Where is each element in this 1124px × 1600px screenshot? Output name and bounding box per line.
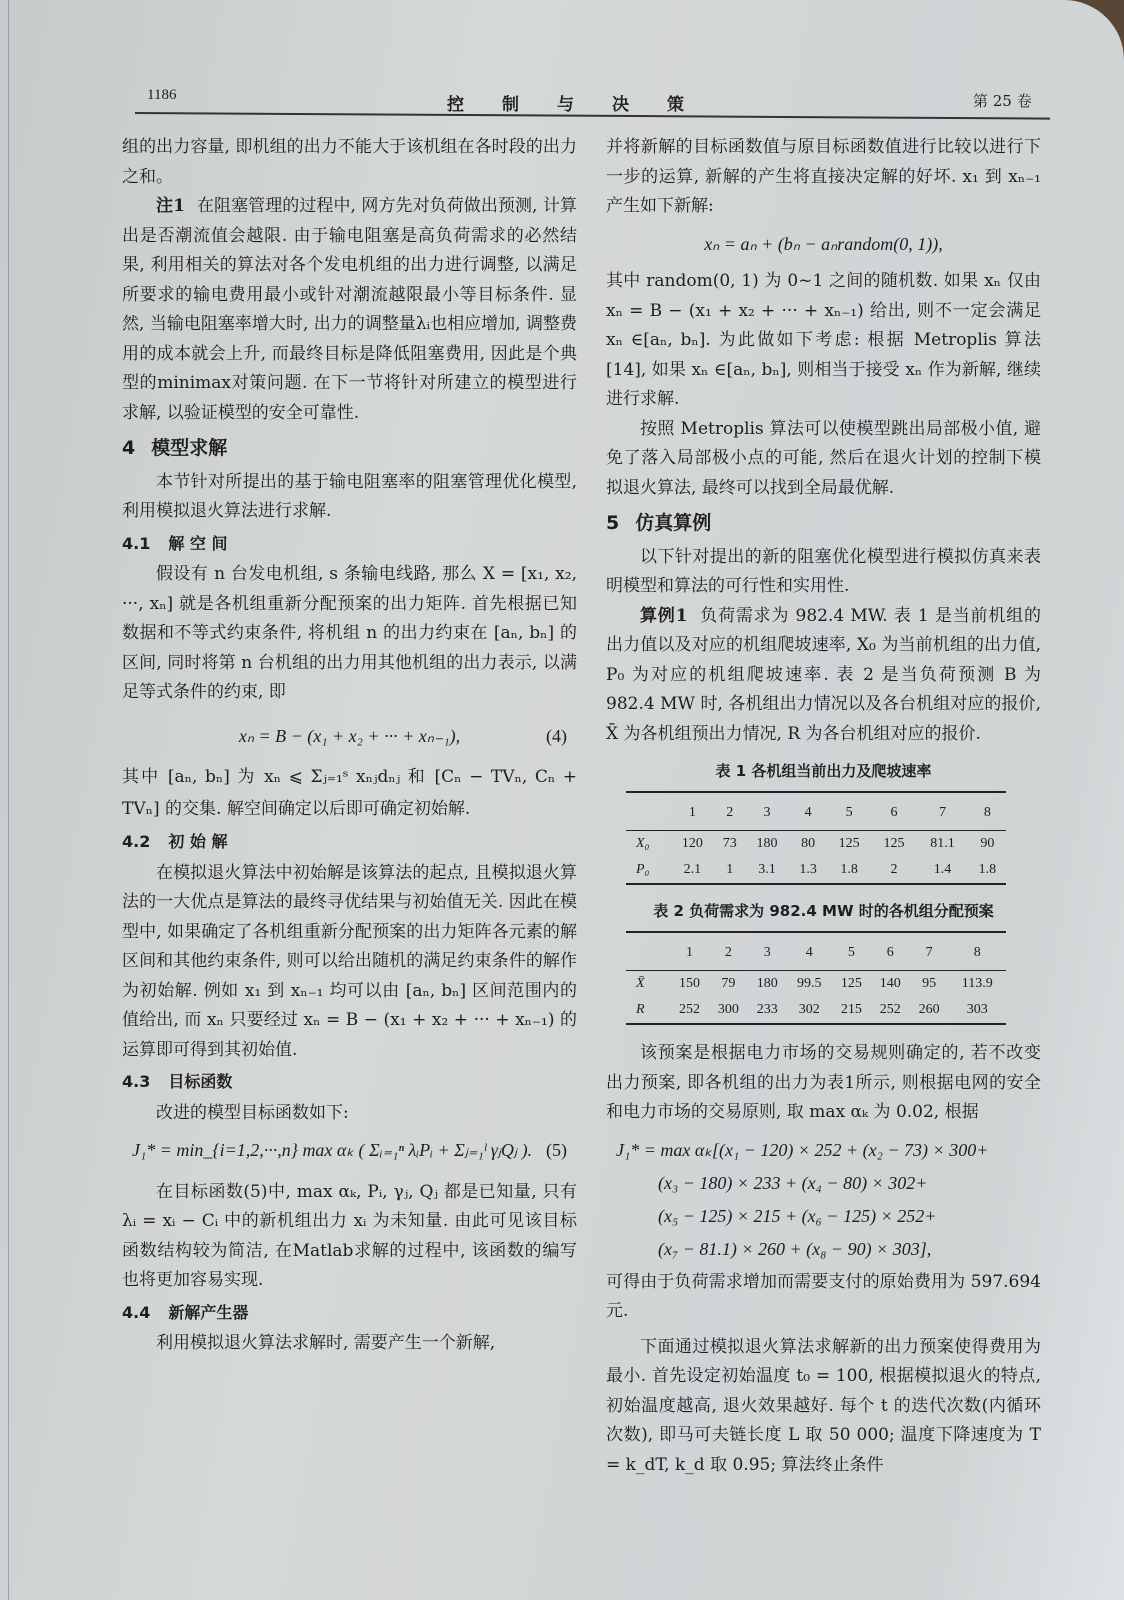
paragraph-continued: 并将新解的目标函数值与原目标函数值进行比较以进行下一步的运算, 新解的产生将直接… — [606, 133, 1041, 222]
equation-number: (4) — [546, 722, 567, 752]
table-row: X₀ 120 73 180 80 125 125 81.1 90 — [626, 831, 1006, 858]
paragraph-continued: 组的出力容量, 即机组的出力不能大于该机组在各时段的出力之和。 — [122, 133, 577, 192]
paragraph-simulated-annealing: 下面通过模拟退火算法求解新的出力预案使得费用为最小. 首先设定初始温度 t₀ =… — [606, 1333, 1041, 1481]
subsection-4-2-text: 在模拟退火算法中初始解是该算法的起点, 且模拟退火算法的一大优点是算法的最终寻优… — [122, 859, 577, 1066]
page-edge — [8, 0, 9, 1600]
section-5-intro: 以下针对提出的新的阻塞优化模型进行模拟仿真来表明模型和算法的可行性和实用性. — [606, 543, 1041, 602]
running-header: 1186 控制与决策 第 25 卷 — [135, 82, 1047, 112]
paragraph-random: 其中 random(0, 1) 为 0~1 之间的随机数. 如果 xₙ 仅由 x… — [606, 267, 1041, 415]
note-label: 注1 — [156, 196, 185, 216]
section-4-intro: 本节针对所提出的基于输电阻塞率的阻塞管理优化模型, 利用模拟退火算法进行求解. — [122, 468, 577, 527]
table-row: X̄ 150 79 180 99.5 125 140 95 113.9 — [626, 971, 1006, 998]
right-column: 并将新解的目标函数值与原目标函数值进行比较以进行下一步的运算, 新解的产生将直接… — [606, 133, 1041, 1480]
section-heading-5: 5仿真算例 — [606, 509, 1041, 539]
table-1-caption: 表 1 各机组当前出力及爬坡速率 — [606, 757, 1041, 787]
subsection-4-1-text: 假设有 n 台发电机组, s 条输电线路, 那么 X = [x₁, x₂, ··… — [122, 560, 577, 708]
table-header-row: 1 2 3 4 5 6 7 8 — [626, 792, 1006, 831]
equation-new-solution: xₙ = aₙ + (bₙ − aₙrandom(0, 1)), — [606, 230, 1041, 260]
subsection-heading-4-3: 4.3目标函数 — [122, 1067, 577, 1097]
equation-4: xₙ = B − (x₁ + x₂ + ··· + xₙ₋₁), (4) — [122, 722, 577, 752]
subsection-4-3-text: 在目标函数(5)中, max αₖ, Pᵢ, γⱼ, Qⱼ 都是已知量, 只有 … — [122, 1178, 577, 1296]
paper-page: 1186 控制与决策 第 25 卷 组的出力容量, 即机组的出力不能大于该机组在… — [0, 0, 1124, 1600]
subsection-4-3-intro: 改进的模型目标函数如下: — [122, 1099, 577, 1129]
example-label: 算例1 — [640, 606, 687, 626]
subsection-heading-4-1: 4.1解 空 间 — [122, 529, 577, 559]
table-2-caption: 表 2 负荷需求为 982.4 MW 时的各机组分配预案 — [606, 897, 1041, 927]
subsection-heading-4-2: 4.2初 始 解 — [122, 827, 577, 857]
equation-5: J₁* = min_{i=1,2,···,n} max αₖ ( Σᵢ₌₁ⁿ λ… — [122, 1136, 577, 1166]
paragraph-cost: 可得由于负荷需求增加而需要支付的原始费用为 597.694 元. — [606, 1268, 1041, 1327]
note-1: 注1在阻塞管理的过程中, 网方先对负荷做出预测, 计算出是否潮流值会越限. 由于… — [122, 192, 577, 428]
page-number: 1186 — [147, 87, 176, 104]
journal-title: 控制与决策 — [447, 90, 722, 115]
subsection-4-4-text: 利用模拟退火算法求解时, 需要产生一个新解, — [122, 1329, 577, 1359]
equation-number: (5) — [546, 1136, 567, 1166]
section-heading-4: 4模型求解 — [122, 434, 577, 464]
equation-j1: J₁* = max αₖ[(x₁ − 120) × 252 + (x₂ − 73… — [606, 1134, 1041, 1266]
volume-label: 第 25 卷 — [973, 90, 1032, 111]
table-row: R 252 300 233 302 215 252 260 303 — [626, 997, 1006, 1024]
left-column: 组的出力容量, 即机组的出力不能大于该机组在各时段的出力之和。 注1在阻塞管理的… — [122, 133, 577, 1359]
note-text: 在阻塞管理的过程中, 网方先对负荷做出预测, 计算出是否潮流值会越限. 由于输电… — [122, 196, 577, 423]
table-row: P₀ 2.1 1 3.1 1.3 1.8 2 1.4 1.8 — [626, 857, 1006, 884]
subsection-4-1-after: 其中 [aₙ, bₙ] 为 xₙ ⩽ Σⱼ₌₁ˢ xₙⱼdₙⱼ 和 [Cₙ − … — [122, 761, 577, 825]
example-1: 算例1负荷需求为 982.4 MW. 表 1 是当前机组的出力值以及对应的机组爬… — [606, 602, 1041, 750]
subsection-heading-4-4: 4.4新解产生器 — [122, 1298, 577, 1328]
table-2: 1 2 3 4 5 6 7 8 X̄ 150 79 180 99.5 125 — [626, 931, 1006, 1026]
paragraph-plan: 该预案是根据电力市场的交易规则确定的, 若不改变出力预案, 即各机组的出力为表1… — [606, 1039, 1041, 1128]
paragraph-metroplis: 按照 Metroplis 算法可以使模型跳出局部极小值, 避免了落入局部极小点的… — [606, 415, 1041, 504]
table-header-row: 1 2 3 4 5 6 7 8 — [626, 932, 1006, 971]
table-1: 1 2 3 4 5 6 7 8 X₀ 120 73 180 80 125 — [626, 791, 1006, 886]
